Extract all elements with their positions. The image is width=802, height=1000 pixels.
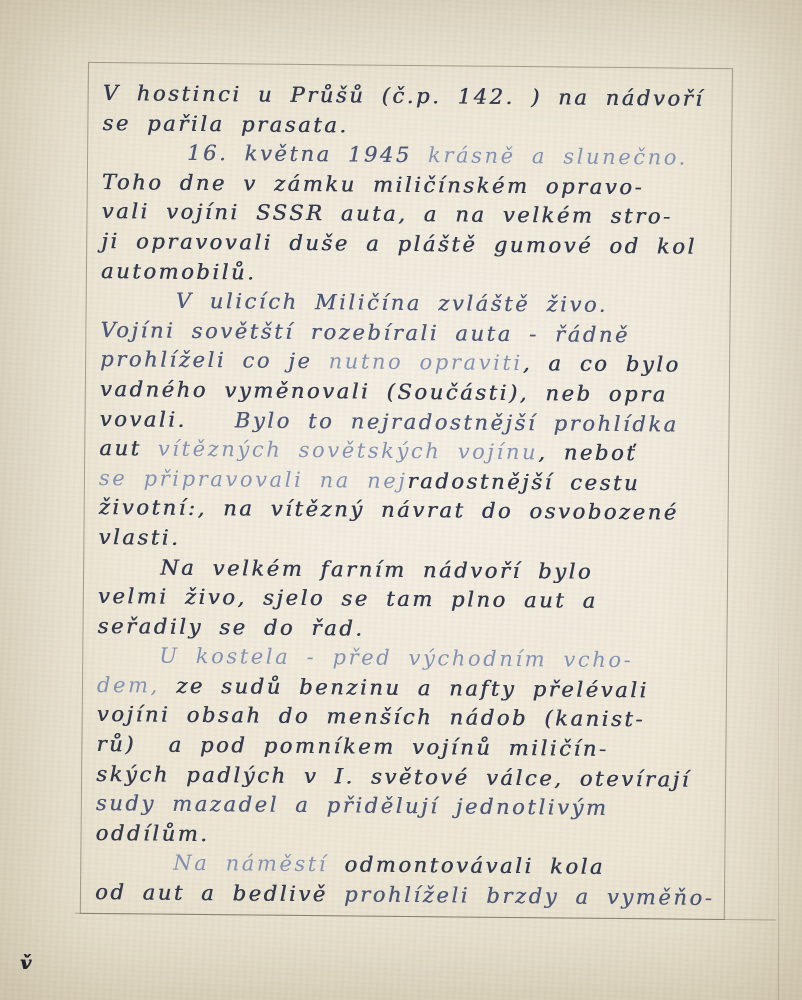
ink-segment: vojíni obsah do menších nádob (kanist- (97, 702, 646, 731)
ink-segment: prohlíželi co je (100, 347, 329, 373)
ink-segment: vali vojíni SSSR auta, a na velkém stro- (101, 199, 672, 228)
ink-segment: velmi živo, sjelo se tam plno aut a (98, 584, 598, 613)
ink-segment: rů) a pod pomníkem vojínů miličín- (96, 732, 608, 761)
ink-segment: Bylo to nejradostnější prohlídka (235, 408, 679, 436)
manuscript-line: od aut a bedlivě prohlíželi brzdy a vymě… (95, 878, 755, 914)
ink-segment: od aut a bedlivě (95, 880, 344, 906)
ink-segment: vadného vyměnovali (Součásti), neb opra (100, 377, 668, 406)
ink-segment: V ulicích Miličína zvláště živo. (176, 289, 609, 317)
page-edge-line (778, 560, 779, 1000)
ink-segment: nutno opraviti (329, 350, 523, 376)
ink-segment: 16. května 1945 (187, 141, 428, 167)
manuscript-text: V hostinci u Průšů (č.p. 142. ) na nádvo… (95, 79, 763, 914)
ink-segment: Toho dne v zámku miličínském opravo- (102, 170, 645, 199)
ink-segment: se pařila prasata. (102, 111, 348, 137)
ink-segment: seřadily se do řad. (97, 614, 364, 641)
photographed-page: V hostinci u Průšů (č.p. 142. ) na nádvo… (0, 0, 802, 1000)
ink-segment: vovali. (99, 407, 186, 432)
ink-segment: dem, (97, 673, 160, 698)
ink-segment: Na velkém farním nádvoří bylo (160, 555, 593, 583)
check-mark: v̌ (20, 952, 31, 974)
ink-segment: ských padlých v I. světové válce, otevír… (96, 762, 691, 792)
ink-segment: ze sudů benzinu a nafty přelévali (160, 673, 649, 702)
ink-segment: oddílům. (95, 821, 209, 846)
page-content: V hostinci u Průšů (č.p. 142. ) na nádvo… (0, 0, 802, 1000)
ink-segment: , neboť (538, 440, 637, 465)
ink-segment: aut (99, 436, 158, 461)
ink-segment: krásně a slunečno. (428, 143, 688, 169)
ink-segment: životní:, na vítězný návrat do osvobozen… (99, 495, 679, 525)
ink-segment: se připravovali na nej (99, 466, 408, 493)
ink-segment: vlasti. (98, 525, 180, 550)
ink-segment: Na náměstí (173, 851, 344, 877)
ink-segment: automobilů. (101, 259, 257, 284)
ink-segment: Vojíni sovětští rozebírali auta - řádně (100, 318, 630, 347)
ink-segment: V hostinci u Průšů (č.p. 142. ) na nádvo… (103, 81, 705, 111)
ink-segment: prohlíželi brzdy a vyměňo- (344, 882, 715, 910)
manuscript-line: životní:, na vítězný návrat do osvobozen… (99, 493, 759, 529)
ink-segment: , a co bylo (523, 351, 681, 377)
ink-segment: sudy mazadel a přidělují jednotlivým (96, 791, 609, 820)
ink-segment: vítězných sovětských vojínu (158, 437, 539, 465)
ink-segment: ji opravovali duše a pláště gumové od ko… (101, 229, 697, 259)
ink-segment: U kostela - před východním vcho- (159, 644, 633, 673)
ink-segment: odmontovávali kola (344, 853, 605, 879)
ink-segment: radostnější cestu (407, 469, 640, 495)
